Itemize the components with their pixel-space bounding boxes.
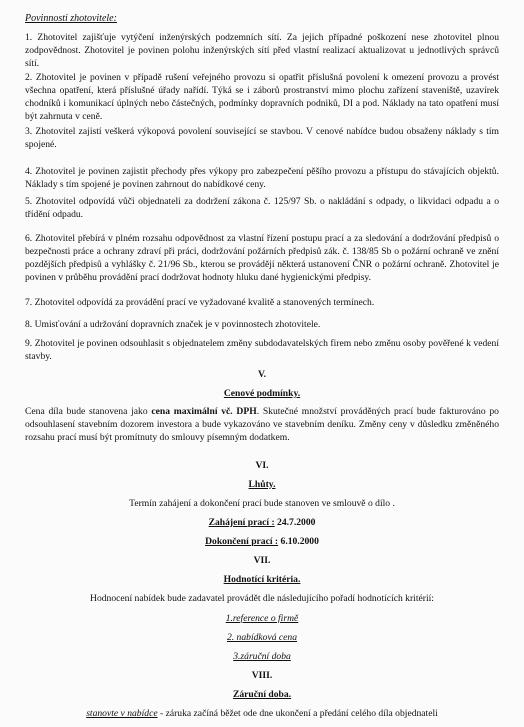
- section-vi-number: VI.: [0, 459, 524, 472]
- section-vii-title: Hodnotící kritéria.: [0, 573, 524, 586]
- obligation-4: 4. Zhotovitel je povinen zajistit přecho…: [25, 165, 499, 191]
- section-vii-text: Hodnocení nabídek bude zadavatel provádě…: [0, 592, 524, 605]
- criterion-3: 3.záruční doba: [0, 650, 524, 663]
- obligation-8: 8. Umisťování a udržování dopravních zna…: [25, 318, 499, 331]
- obligations-heading: Povinnosti zhotovitele:: [25, 13, 117, 24]
- criterion-1: 1.reference o firmě: [0, 612, 524, 625]
- obligation-6: 6. Zhotovitel přebírá v plném rozsahu od…: [25, 232, 499, 284]
- end-date-line: Dokončení prací : 6.10.2000: [0, 535, 524, 548]
- warranty-text: - záruka začíná běžet ode dne ukončení a…: [158, 708, 438, 719]
- obligation-1: 1. Zhotovitel zajišťuje vytýčení inženýr…: [25, 31, 499, 70]
- obligation-2: 2. Zhotovitel je povinen v případě rušen…: [25, 71, 499, 123]
- obligation-5: 5. Zhotovitel odpovídá vůči objednateli …: [25, 195, 499, 221]
- section-viii-text: stanovte v nabídce - záruka začíná běžet…: [0, 707, 524, 720]
- obligation-9: 9. Zhotovitel je povinen odsouhlasit s o…: [25, 337, 499, 363]
- section-viii-number: VIII.: [0, 669, 524, 682]
- section-viii-title: Záruční doba.: [0, 688, 524, 701]
- start-date: 24.7.2000: [275, 517, 316, 528]
- obligation-3: 3. Zhotovitel zajistí veškerá výkopová p…: [25, 125, 499, 151]
- section-vii-number: VII.: [0, 554, 524, 567]
- section-vi-text: Termín zahájení a dokončení prací bude s…: [0, 497, 524, 510]
- document-page: Povinnosti zhotovitele: 1. Zhotovitel za…: [0, 0, 524, 727]
- end-label: Dokončení prací :: [205, 536, 278, 547]
- warranty-lead: stanovte v nabídce: [86, 708, 157, 719]
- price-text-bold: cena maximální vč. DPH: [151, 406, 256, 417]
- obligation-7: 7. Zhotovitel odpovídá za provádění prac…: [25, 296, 499, 309]
- section-v-text: Cena díla bude stanovena jako cena maxim…: [25, 405, 499, 444]
- criterion-2: 2. nabídková cena: [0, 631, 524, 644]
- start-date-line: Zahájení prací : 24.7.2000: [0, 516, 524, 529]
- end-date: 6.10.2000: [278, 536, 319, 547]
- section-v-number: V.: [0, 368, 524, 381]
- price-text-before: Cena díla bude stanovena jako: [25, 406, 151, 417]
- start-label: Zahájení prací :: [209, 517, 275, 528]
- section-v-title: Cenové podmínky.: [0, 387, 524, 400]
- section-vi-title: Lhůty.: [0, 478, 524, 491]
